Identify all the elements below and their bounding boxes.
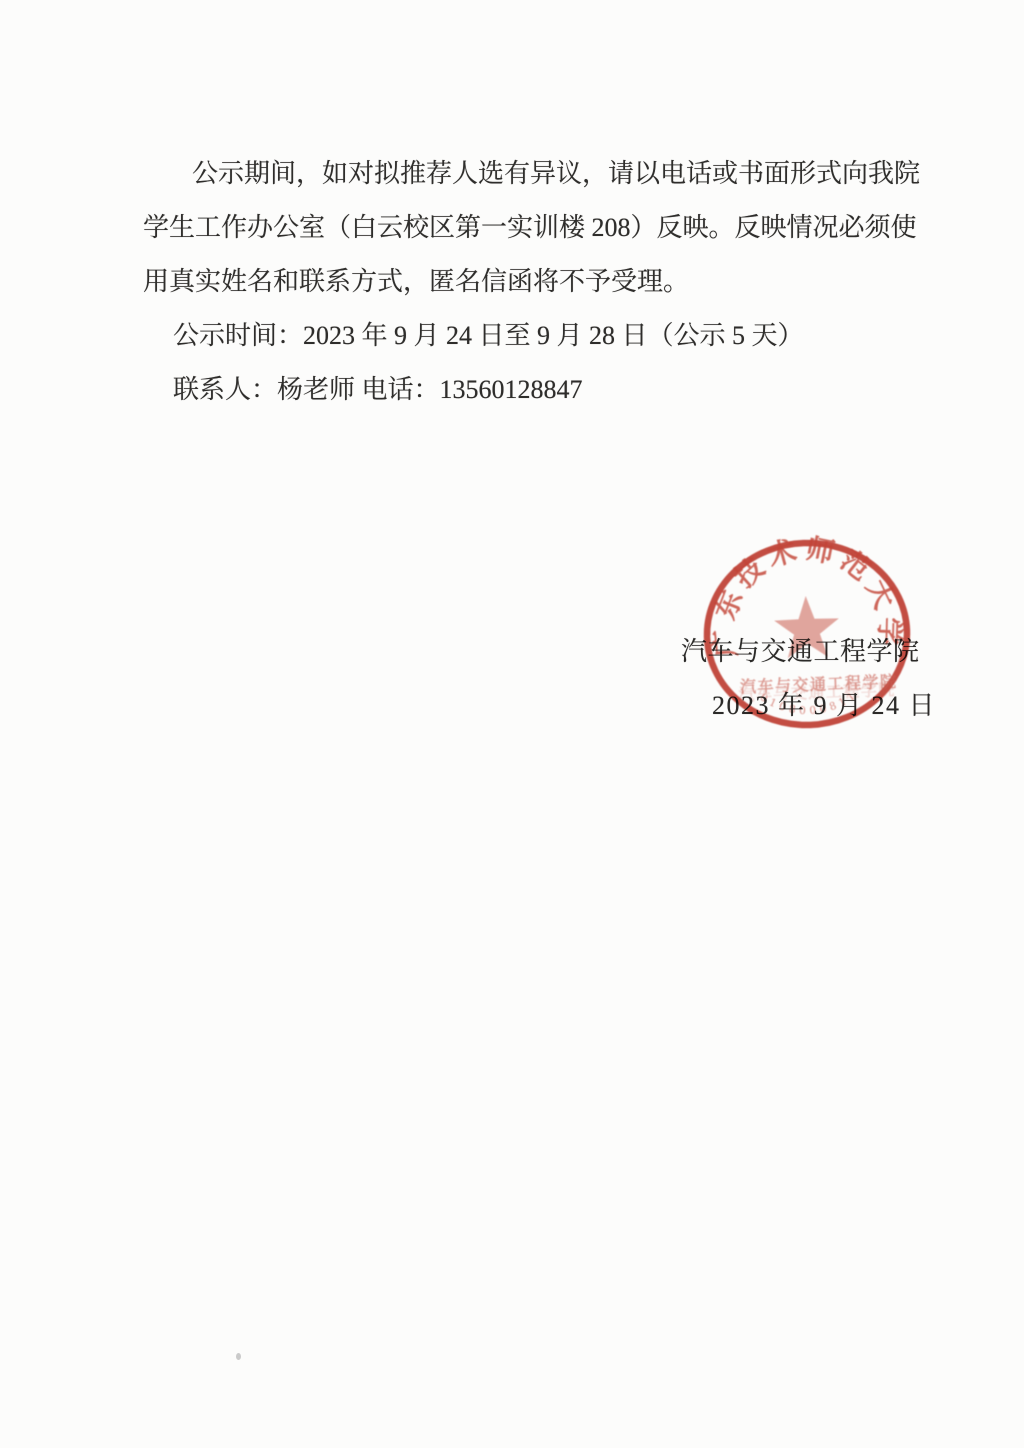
scan-speck xyxy=(236,1353,241,1360)
signature-date: 2023 年 9 月 24 日 xyxy=(712,685,936,722)
notice-period-line: 公示时间：2023 年 9 月 24 日至 9 月 28 日（公示 5 天） xyxy=(143,309,923,363)
signature-organization: 汽车与交通工程学院 xyxy=(681,631,920,668)
notice-body: 公示期间，如对拟推荐人选有异议，请以电话或书面形式向我院 学生工作办公室（白云校… xyxy=(143,147,923,417)
paragraph-line-1: 公示期间，如对拟推荐人选有异议，请以电话或书面形式向我院 xyxy=(143,147,923,201)
paragraph-line-2: 学生工作办公室（白云校区第一实训楼 208）反映。反映情况必须使 xyxy=(143,201,923,255)
scanned-notice-page: 公示期间，如对拟推荐人选有异议，请以电话或书面形式向我院 学生工作办公室（白云校… xyxy=(0,0,1024,1448)
paragraph-line-3: 用真实姓名和联系方式，匿名信函将不予受理。 xyxy=(143,255,923,309)
contact-line: 联系人：杨老师 电话：13560128847 xyxy=(143,363,923,417)
